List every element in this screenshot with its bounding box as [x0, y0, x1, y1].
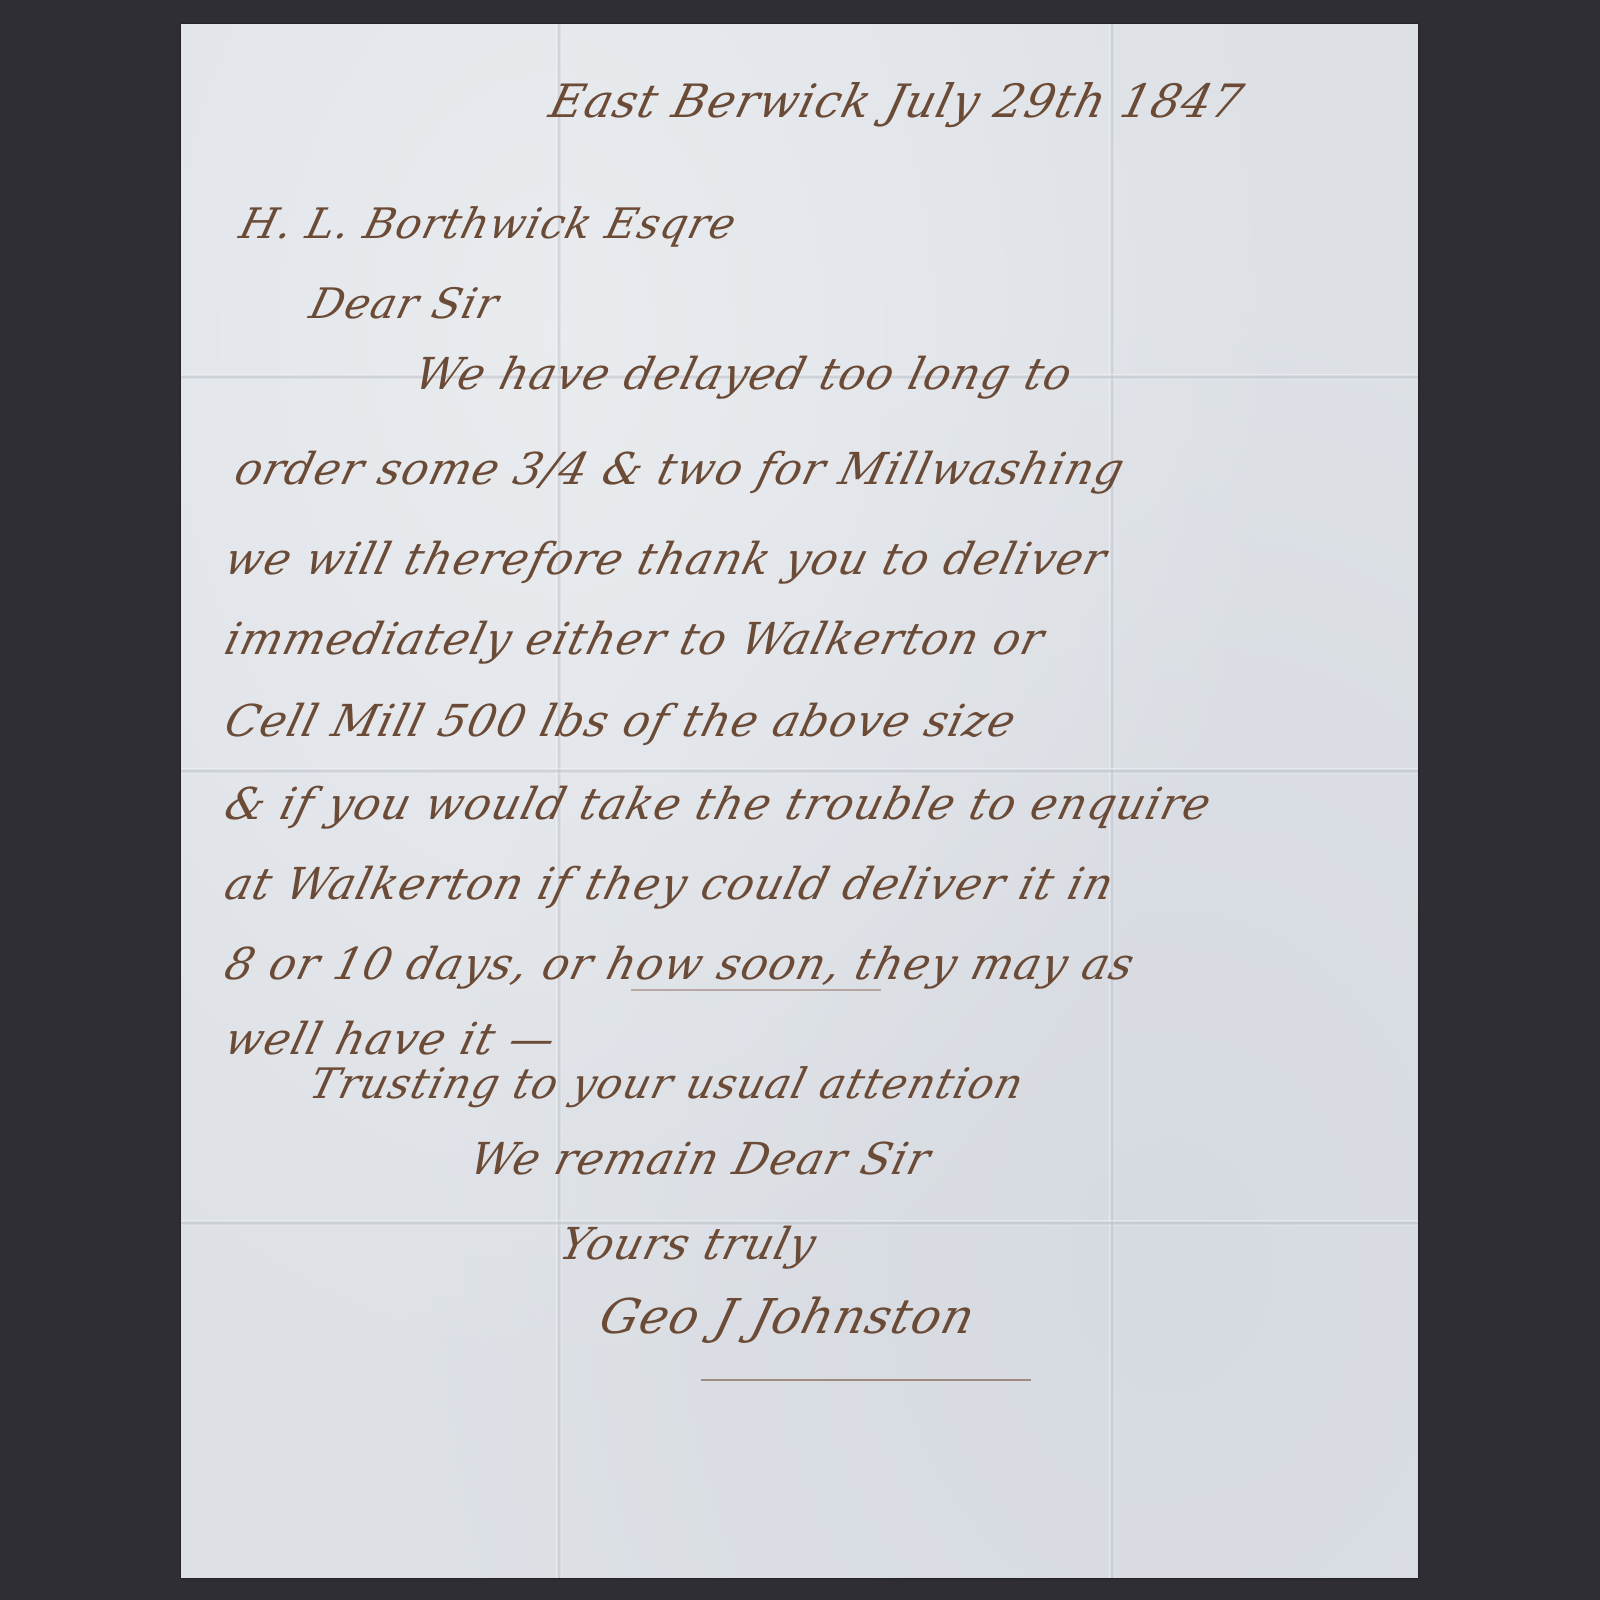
body-line: we will therefore thank you to deliver: [220, 534, 1113, 585]
closing-line: Trusting to your usual attention: [305, 1059, 1029, 1108]
body-line: well have it —: [220, 1014, 562, 1065]
signature: Geo J Johnston: [594, 1289, 981, 1345]
closing-line: We remain Dear Sir: [465, 1134, 937, 1185]
letter-paper: East Berwick July 29th 1847 H. L. Borthw…: [181, 24, 1418, 1578]
addressee: H. L. Borthwick Esqre: [235, 199, 742, 248]
body-line: at Walkerton if they could deliver it in: [220, 859, 1120, 910]
body-line: We have delayed too long to: [410, 349, 1078, 400]
body-line: immediately either to Walkerton or: [220, 614, 1050, 665]
dateline: East Berwick July 29th 1847: [544, 74, 1249, 128]
body-line: Cell Mill 500 lbs of the above size: [220, 696, 1022, 747]
body-line: order some 3/4 & two for Millwashing: [230, 444, 1131, 495]
signature-underline: [701, 1379, 1031, 1381]
salutation: Dear Sir: [305, 279, 504, 328]
body-line: 8 or 10 days, or how soon, they may as: [220, 939, 1140, 990]
closing-line: Yours truly: [555, 1219, 822, 1270]
flourish-line: [631, 989, 881, 991]
horizontal-fold-line: [181, 768, 1418, 774]
body-line: & if you would take the trouble to enqui…: [220, 779, 1217, 830]
